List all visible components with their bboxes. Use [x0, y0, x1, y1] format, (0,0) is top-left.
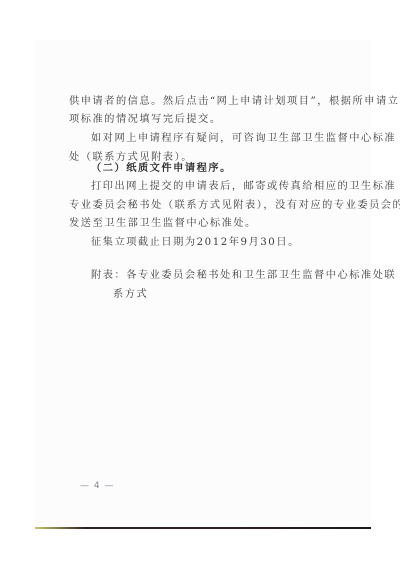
section-heading-paper-procedure: （二）纸质文件申请程序。 — [91, 162, 232, 175]
body-line-6: 打印出网上提交的申请表后，邮寄或传真给相应的卫生标准 — [91, 180, 396, 193]
body-line-8: 发送至卫生部卫生监督中心标准处。 — [69, 217, 257, 230]
body-line-2: 项标准的情况填写完后提交。 — [69, 113, 222, 126]
deadline-line: 征集立项截止日期为2012年9月30日。 — [91, 236, 300, 249]
appendix-line-2: 系方式 — [113, 288, 148, 301]
body-line-3: 如对网上申请程序有疑问，可咨询卫生部卫生监督中心标准 — [91, 132, 396, 145]
body-line-7: 专业委员会秘书处（联系方式见附表），没有对应的专业委员会的， — [69, 199, 400, 212]
body-line-1: 供申请者的信息。然后点击“网上申请计划项目”，根据所申请立 — [69, 95, 399, 108]
page-number: — 4 — — [80, 481, 114, 491]
footer-divider — [35, 527, 371, 529]
appendix-line-1: 附表：各专业委员会秘书处和卫生部卫生监督中心标准处联 — [91, 269, 396, 282]
